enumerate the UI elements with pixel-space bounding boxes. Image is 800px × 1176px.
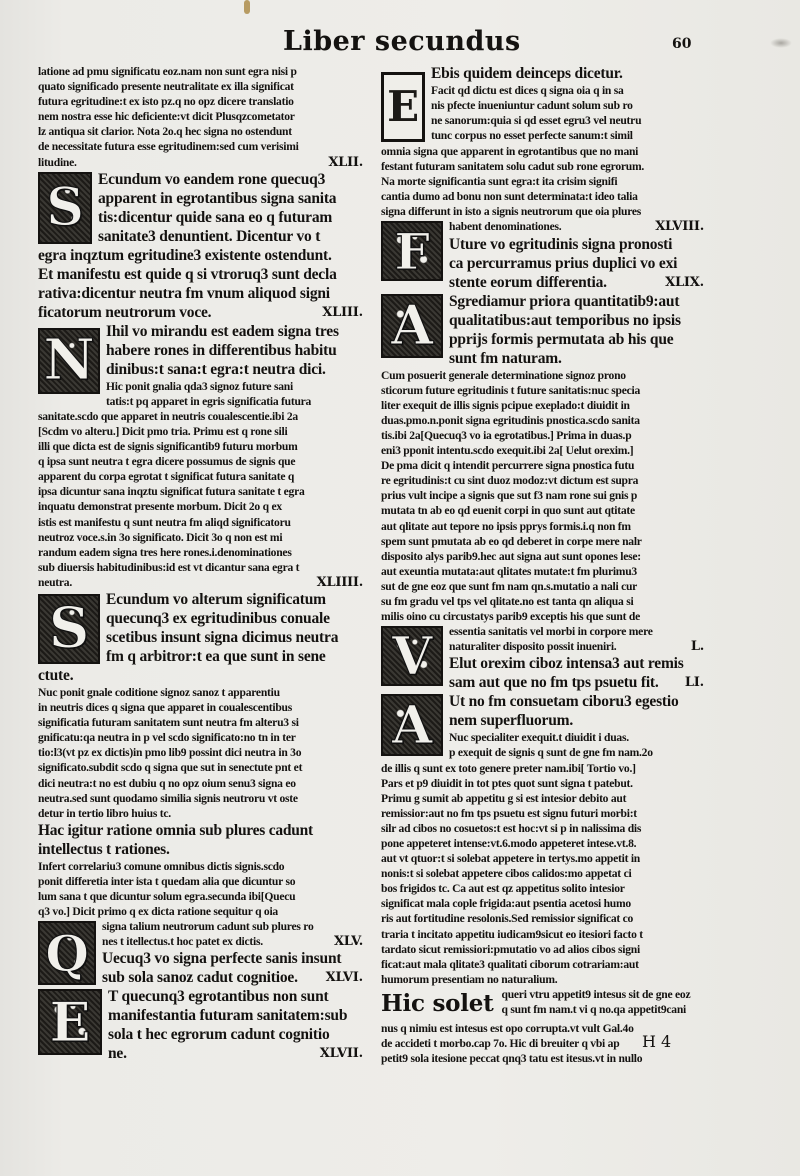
- section-number: XLIII.: [322, 303, 363, 322]
- text-line: nis pfecte inueniuntur cadunt solum sub …: [431, 98, 704, 113]
- text-line: Cum posuerit generale determinatione sig…: [381, 368, 704, 383]
- section-number: XLVI.: [326, 968, 363, 987]
- section-number: XLII.: [328, 155, 363, 170]
- text-line: Hic ponit gnalia qda3 signoz future sani: [106, 379, 363, 394]
- text-line: sunt fm naturam.: [449, 349, 704, 368]
- text-line: p exequit de signis q sunt de gne fm nam…: [449, 745, 704, 760]
- text-line: ctute.: [38, 666, 363, 685]
- text-line: eni3 pponit intentu.scdo exequit.ibi 2a[…: [381, 443, 704, 458]
- section-number: XLIIII.: [317, 575, 363, 590]
- text-line: detur in tertio libro huius tc.: [38, 806, 363, 821]
- text-line: aut exeuntia mutata:aut qlitates mutate:…: [381, 564, 704, 579]
- text-line: neutra.XLIIII.: [38, 575, 363, 590]
- text-line: sticorum future egritudinis t future san…: [381, 383, 704, 398]
- text-line: re egritudinis:t cu sint duoz modoz:vt d…: [381, 473, 704, 488]
- text-line: significat mala cople frigida:aut psenti…: [381, 896, 704, 911]
- text-line: traria t incitato appetitu iudicam9sicut…: [381, 927, 704, 942]
- text-line: de necessitate futura esse egritudinem:s…: [38, 139, 363, 154]
- text-line: q sunt fm nam.t vi q no.qa appetit9cani: [502, 1002, 704, 1017]
- ink-smudge: [770, 38, 792, 48]
- text-line: tardato sicut remissiori:pmutatio vo ad …: [381, 942, 704, 957]
- page-scan: Liber secundus 60 latione ad pmu signifi…: [0, 0, 800, 1176]
- text-line: petit9 sola itesione peccat qnq3 tatu es…: [381, 1051, 704, 1066]
- text-line: humorum presentiam no naturalium.: [381, 972, 704, 987]
- text-line: litudine.XLII.: [38, 155, 363, 170]
- text-line: Et manifestu est quide q si vtroruq3 sun…: [38, 265, 363, 284]
- text-line: neutroz voce.s.in 3o significato. Dicit …: [38, 530, 363, 545]
- text-line: stente eorum differentia.XLIX.: [449, 273, 704, 292]
- text-line: Nuc specialiter exequit.t diuidit i duas…: [449, 730, 704, 745]
- woodcut-initial-n: N: [38, 328, 100, 394]
- section-45: S Ecundum vo alterum significatum quecun…: [38, 590, 363, 919]
- text-line: signa talium neutrorum cadunt sub plures…: [102, 919, 363, 934]
- text-line: tio:l3(vt pz ex dictis)in pmo lib9 possi…: [38, 745, 363, 760]
- text-line: ipsa dicuntur sana inqztu significat fut…: [38, 484, 363, 499]
- text-line: festant futuram sanitatem solu cadut sub…: [381, 159, 704, 174]
- text-line: aut qlitate aut tepore no ipsis pprys fo…: [381, 519, 704, 534]
- text-line: nonis:t si solebat appetere cibos calido…: [381, 866, 704, 881]
- woodcut-initial-q-flower: Q: [38, 921, 96, 985]
- text-line: essentia sanitatis vel morbi in corpore …: [449, 624, 704, 639]
- text-line: de illis q sunt ex toto genere preter na…: [381, 761, 704, 776]
- text-line: q ipsa sunt neutra t egra dicere possumu…: [38, 454, 363, 469]
- text-line: dici neutra:t no est dubiu q no opz oium…: [38, 776, 363, 791]
- section-43: S Ecundum vo eandem rone quecuq3 apparen…: [38, 170, 363, 322]
- text-line: ficat:aut mala qlitate3 qualitati ciboru…: [381, 957, 704, 972]
- text-line: [Scdm vo alteru.] Dicit pmo tria. Primu …: [38, 424, 363, 439]
- text-line: istis est manifestu q sunt neutra fm ali…: [38, 515, 363, 530]
- section-49: F habent denominationes.XLVIII. Uture vo…: [381, 219, 704, 291]
- text-line: duas.pmo.n.ponit signa egritudinis pnost…: [381, 413, 704, 428]
- text-line: spem sunt pmutata ab eo qd deberet in co…: [381, 534, 704, 549]
- text-line: sam aut que no fm tps psuetu fit.LI.: [449, 673, 704, 692]
- text-line: ca percurramus prius duplici vo exi: [449, 254, 704, 273]
- text-line: ne sanorum:quia si qd esset egru3 vel ne…: [431, 113, 704, 128]
- text-line: liter exequit de illis signis pcipue exe…: [381, 398, 704, 413]
- text-line: apparent du corpa egrotat t significat f…: [38, 469, 363, 484]
- woodcut-initial-a: A: [381, 694, 443, 756]
- signature-mark: H 4: [642, 1032, 671, 1051]
- text-line: Ihil vo mirandu est eadem signa tres: [106, 322, 363, 341]
- text-line: Pars et p9 diuidit in tot ptes quot sunt…: [381, 776, 704, 791]
- text-line: illi que dicta est de signis significant…: [38, 439, 363, 454]
- text-line: habere rones in differentibus habitu: [106, 341, 363, 360]
- text-line: naturaliter disposito possit inueniri.L.: [449, 639, 704, 654]
- text-line: T quecunq3 egrotantibus non sunt: [108, 987, 363, 1006]
- text-line: dinibus:t sana:t egra:t neutra dici.: [106, 360, 363, 379]
- woodcut-initial-e: E: [38, 989, 102, 1055]
- text-line: apparent in egrotantibus signa sanita: [98, 189, 363, 208]
- text-line: sola t hec egrorum cadunt cognitio: [108, 1025, 363, 1044]
- text-line: silr ad cibos no cosuetos:t est hoc:vt s…: [381, 821, 704, 836]
- rubric-line: Hac igitur ratione omnia sub plures cadu…: [38, 821, 363, 840]
- section-number: XLVIII.: [655, 219, 704, 234]
- section-top-right: E Ebis quidem deinceps dicetur. Facit qd…: [381, 64, 704, 219]
- right-column: E Ebis quidem deinceps dicetur. Facit qd…: [381, 64, 704, 1066]
- text-line: Uture vo egritudinis signa pronosti: [449, 235, 704, 254]
- text-line: lum sana t que dicuntur solum egra.secun…: [38, 889, 363, 904]
- text-line: bos frigidos tc. Ca aut est qz appetitus…: [381, 881, 704, 896]
- text-line: prius vult incipe a signis que sut f3 na…: [381, 488, 704, 503]
- text-line: futura egritudine:t ex isto pz.q no opz …: [38, 94, 363, 109]
- text-line: sanitate.scdo que apparet in neutris cou…: [38, 409, 363, 424]
- text-line: neutra.sed sunt quodamo similia signis n…: [38, 791, 363, 806]
- section-number: XLVII.: [320, 1044, 363, 1063]
- section-hic-solet: Hic solet queri vtru appetit9 intesus si…: [381, 987, 704, 1066]
- text-line: ficatorum neutrorum voce.XLIII.: [38, 303, 363, 322]
- section-52: A Ut no fm consuetam ciboru3 egestio nem…: [381, 692, 704, 987]
- text-line: Elut orexim ciboz intensa3 aut remis: [449, 654, 704, 673]
- text-line: Nuc ponit gnale coditione signoz sanoz t…: [38, 685, 363, 700]
- text-line: aut vt qtuor:t si solebat appetere in te…: [381, 851, 704, 866]
- text-line: rativa:dicentur neutra fm vnum aliquod s…: [38, 284, 363, 303]
- text-line: Ecundum vo alterum significatum: [106, 590, 363, 609]
- text-line: quato significado presente neutralitate …: [38, 79, 363, 94]
- text-line: Infert correlariu3 comune omnibus dictis…: [38, 859, 363, 874]
- text-line: ne.XLVII.: [108, 1044, 363, 1063]
- woodcut-initial-e-knotwork: E: [381, 72, 425, 142]
- text-line: gnificatu:qa neutra in p vel scdo signif…: [38, 730, 363, 745]
- text-line: inquatu demonstrat presente morbum. Dici…: [38, 499, 363, 514]
- text-line: Na morte significantia sunt egra:t ita c…: [381, 174, 704, 189]
- section-number: XLIX.: [665, 273, 704, 292]
- section-number: L.: [691, 639, 704, 654]
- text-line: scetibus insunt signa dicimus neutra: [106, 628, 363, 647]
- section-46: Q signa talium neutrorum cadunt sub plur…: [38, 919, 363, 987]
- woodcut-initial-f: F: [381, 221, 443, 281]
- running-head: Liber secundus: [283, 26, 521, 57]
- text-line: queri vtru appetit9 intesus sit de gne e…: [502, 987, 704, 1002]
- section-47: E T quecunq3 egrotantibus non sunt manif…: [38, 987, 363, 1063]
- text-line: manifestantia futuram sanitatem:sub: [108, 1006, 363, 1025]
- text-line: tunc corpus no esset perfecte sanum:t si…: [431, 128, 704, 143]
- text-line: ris aut fortitudine resolonis.Sed remiss…: [381, 911, 704, 926]
- text-line: tis.ibi 2a[Quecuq3 vo ia egrotatibus.] P…: [381, 428, 704, 443]
- text-line: sub diuersis habitudinibus:id est vt dic…: [38, 560, 363, 575]
- text-line: mutata tn ab eo qd euenit corpi in quo s…: [381, 503, 704, 518]
- text-line: signa differunt in isto a signis neutror…: [381, 204, 704, 219]
- text-line: milis oino cu circustatys parib9 excepti…: [381, 609, 704, 624]
- text-line: sub sola sanoz cadut cognitioe.XLVI.: [102, 968, 363, 987]
- text-line: ponit differetia inter ista t quedam ali…: [38, 874, 363, 889]
- text-line: habent denominationes.XLVIII.: [449, 219, 704, 234]
- text-line: su fm gradu vel tps vel qlitate.no est t…: [381, 594, 704, 609]
- text-line: significatia futuram sanitatem sunt neut…: [38, 715, 363, 730]
- text-line: lz antiqua sit clarior. Nota 2o.q hec si…: [38, 124, 363, 139]
- section-51: V essentia sanitatis vel morbi in corpor…: [381, 624, 704, 692]
- hic-solet-lead: Hic solet: [381, 987, 494, 1021]
- text-line: cantia dumo ad bonu non sunt determinata…: [381, 189, 704, 204]
- text-line: sut de gne eoz que sunt fm nam qn.s.muta…: [381, 579, 704, 594]
- woodcut-initial-v: V: [381, 626, 443, 686]
- section-44: N Ihil vo mirandu est eadem signa tres h…: [38, 322, 363, 590]
- text-line: latione ad pmu significatu eoz.nam non s…: [38, 64, 363, 79]
- text-line: egra inqztum egritudine3 existente osten…: [38, 246, 363, 265]
- binding-thread: [244, 0, 250, 14]
- text-line: pprijs formis permutata ab his que: [449, 330, 704, 349]
- text-line: disposito alys parib9.hec aut signa aut …: [381, 549, 704, 564]
- text-line: Primu g sumit ab appetitu g si est intes…: [381, 791, 704, 806]
- text-line: q3 vo.] Dicit primo q ex dicta ratione s…: [38, 904, 363, 919]
- text-line: sanitate3 denuntient. Dicentur vo t: [98, 227, 363, 246]
- woodcut-initial-a: A: [381, 294, 443, 358]
- text-line: Sgrediamur priora quantitatib9:aut: [449, 292, 704, 311]
- woodcut-initial-s: S: [38, 594, 100, 664]
- text-line: nem superfluorum.: [449, 711, 704, 730]
- text-line: nes t itellectus.t hoc patet ex dictis.X…: [102, 934, 363, 949]
- left-column: latione ad pmu significatu eoz.nam non s…: [38, 64, 363, 1063]
- section-50: A Sgrediamur priora quantitatib9:aut qua…: [381, 292, 704, 625]
- text-line: fm q arbitror:t ea que sunt in sene: [106, 647, 363, 666]
- section-number: XLV.: [334, 934, 363, 949]
- section-heading: Ebis quidem deinceps dicetur.: [431, 64, 704, 83]
- text-line: Uecuq3 vo signa perfecte sanis insunt: [102, 949, 363, 968]
- woodcut-initial-s: S: [38, 172, 92, 244]
- text-line: Ecundum vo eandem rone quecuq3: [98, 170, 363, 189]
- text-line: omnia signa que apparent in egrotantibus…: [381, 144, 704, 159]
- text-line: randum eadem signa tres here rones.i.den…: [38, 545, 363, 560]
- text-line: qualitatibus:aut temporibus no ipsis: [449, 311, 704, 330]
- text-line: quecunq3 ex egritudinibus conuale: [106, 609, 363, 628]
- text-line: significato.subdit scdo q signa que sut …: [38, 760, 363, 775]
- text-line: Facit qd dictu est dices q signa oia q i…: [431, 83, 704, 98]
- text-line: tatis:t pq apparet in egris significatia…: [106, 394, 363, 409]
- text-line: remissior:aut no fm tps psuetu est signu…: [381, 806, 704, 821]
- rubric-line: intellectus t rationes.: [38, 840, 363, 859]
- text-line: Ut no fm consuetam ciboru3 egestio: [449, 692, 704, 711]
- text-line: nem nostra esse hic deficiente:vt dicit …: [38, 109, 363, 124]
- folio-number: 60: [672, 36, 691, 52]
- section-number: LI.: [685, 673, 704, 692]
- text-line: tis:dicentur quide sana eo q futuram: [98, 208, 363, 227]
- text-line: in neutris dices q signa que apparet in …: [38, 700, 363, 715]
- text-line: De pma dicit q intendit percurrere signa…: [381, 458, 704, 473]
- text-line: pone appeteret intense:vt.6.modo appeter…: [381, 836, 704, 851]
